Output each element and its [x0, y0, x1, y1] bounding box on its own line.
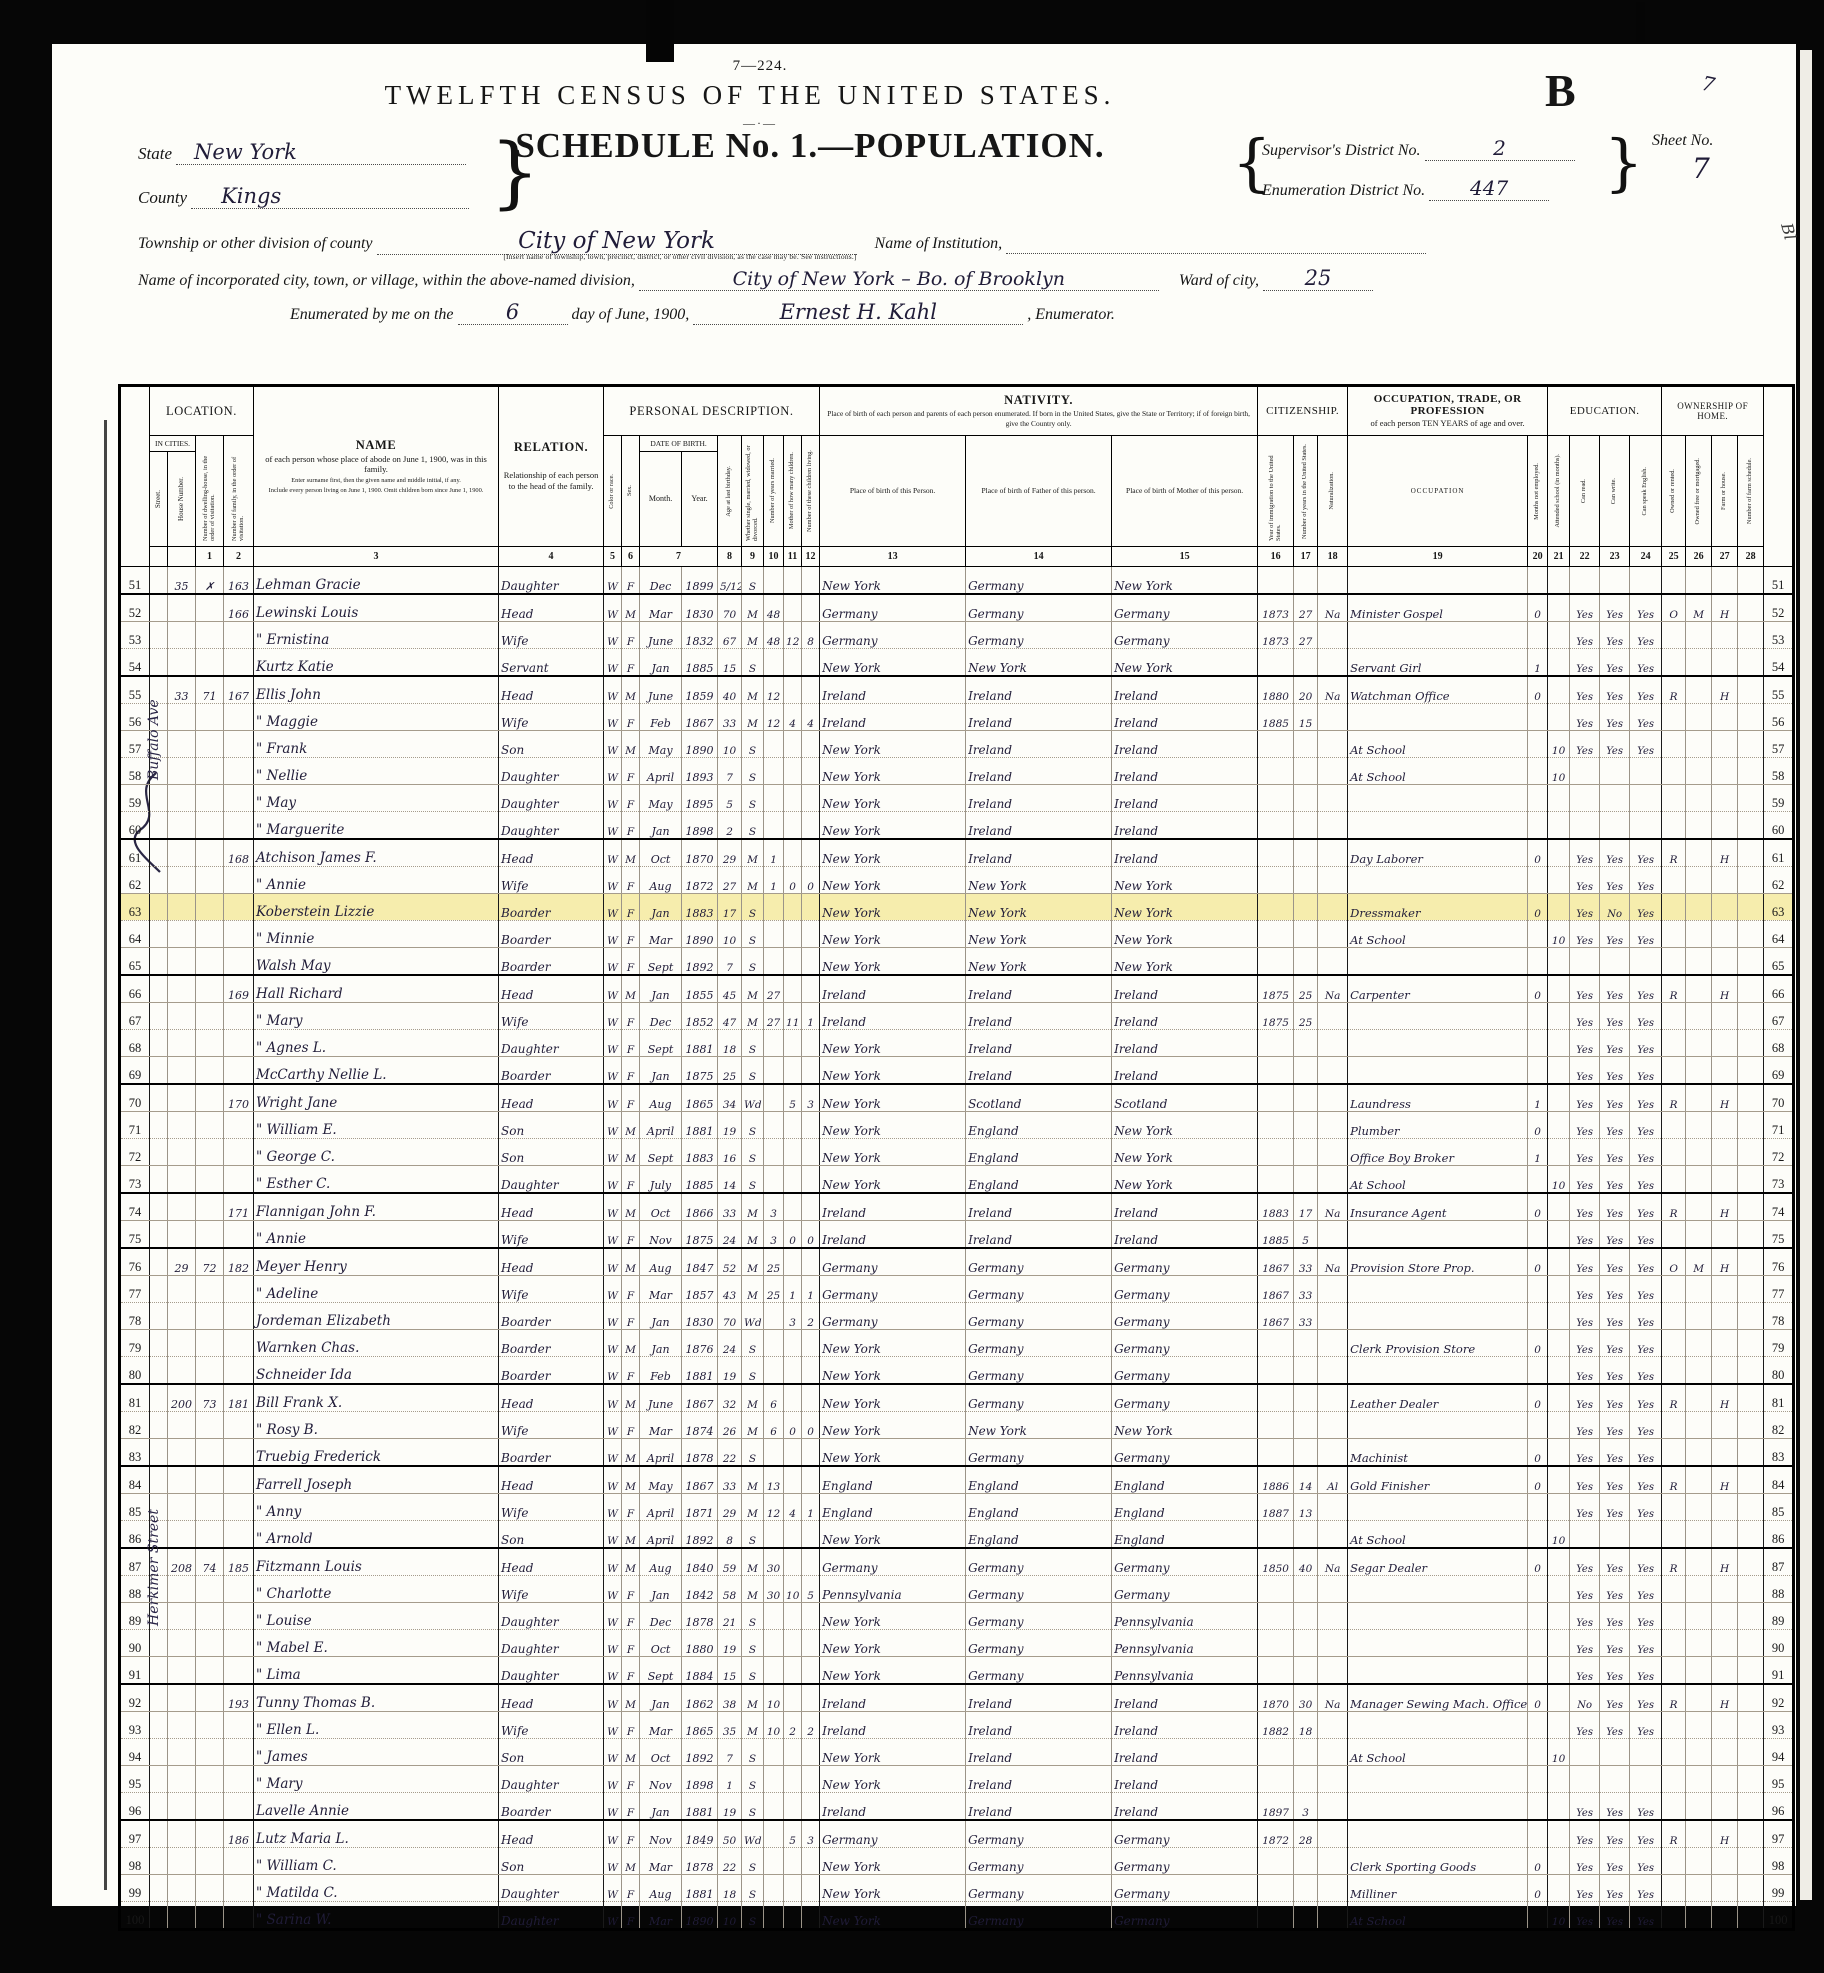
cell-years_in_us: 25: [1294, 975, 1318, 1003]
cell-months_not_employed: [1528, 1902, 1548, 1930]
cell-farm_schedule: [1738, 1412, 1764, 1439]
row-number: 89: [120, 1603, 150, 1630]
cell-farm_schedule: [1738, 1902, 1764, 1930]
cell-house: [168, 1357, 196, 1385]
cell-marital: S: [742, 1766, 764, 1793]
cell-house: [168, 594, 196, 622]
cell-age: 43: [718, 1276, 742, 1303]
cell-years_in_us: 30: [1294, 1684, 1318, 1712]
cell-year: 1830: [682, 1303, 718, 1330]
cell-sex: F: [622, 1712, 640, 1739]
cell-owned_or_rented: [1662, 1875, 1686, 1902]
cell-free_or_mortgaged: [1686, 812, 1712, 840]
row-number: 51: [1764, 567, 1794, 595]
cell-name: Flannigan John F.: [254, 1193, 499, 1221]
cell-yrs_married: [764, 1057, 784, 1085]
row-number: 97: [120, 1820, 150, 1848]
row-number: 94: [120, 1739, 150, 1766]
cell-relation: Wife: [499, 1494, 604, 1521]
cell-can_write: Yes: [1600, 1494, 1630, 1521]
cell-mother_birthplace: Germany: [1112, 1548, 1258, 1576]
cell-mother_birthplace: New York: [1112, 948, 1258, 976]
cell-yrs_married: [764, 1603, 784, 1630]
cell-farm_schedule: [1738, 1166, 1764, 1194]
cell-occupation: Milliner: [1348, 1875, 1528, 1902]
cell-school_months: [1548, 1657, 1570, 1685]
cell-yrs_married: [764, 649, 784, 677]
census-row: 95" MaryDaughterWFNov18981SNew YorkIrela…: [120, 1766, 1794, 1793]
cell-children_living: [802, 1466, 820, 1494]
cell-color: W: [604, 785, 622, 812]
census-row: 93" Ellen L.WifeWFMar186535M1022IrelandI…: [120, 1712, 1794, 1739]
cell-owned_or_rented: [1662, 1057, 1686, 1085]
cell-name: Farrell Joseph: [254, 1466, 499, 1494]
cell-sex: F: [622, 758, 640, 785]
cell-farm_or_house: [1712, 704, 1738, 731]
cell-owned_or_rented: [1662, 948, 1686, 976]
cell-mother_birthplace: Ireland: [1112, 839, 1258, 867]
cell-farm_schedule: [1738, 1576, 1764, 1603]
cell-yrs_married: [764, 1630, 784, 1657]
cell-relation: Daughter: [499, 1902, 604, 1930]
cell-owned_or_rented: [1662, 1439, 1686, 1467]
cell-age: 29: [718, 1494, 742, 1521]
row-number: 92: [120, 1684, 150, 1712]
cell-can_speak_english: Yes: [1630, 1384, 1662, 1412]
cell-children_living: [802, 1875, 820, 1902]
cell-street: [150, 1712, 168, 1739]
cell-farm_or_house: [1712, 1766, 1738, 1793]
cell-farm_or_house: H: [1712, 594, 1738, 622]
cell-months_not_employed: 0: [1528, 1439, 1548, 1467]
cell-family: [224, 1630, 254, 1657]
cell-family: [224, 1030, 254, 1057]
cell-can_speak_english: Yes: [1630, 867, 1662, 894]
census-row: 8720874185Fitzmann LouisHeadWMAug184059M…: [120, 1548, 1794, 1576]
cell-farm_schedule: [1738, 594, 1764, 622]
cell-free_or_mortgaged: [1686, 1412, 1712, 1439]
cell-mother_of: [784, 1630, 802, 1657]
cell-farm_schedule: [1738, 1766, 1764, 1793]
cell-dwelling: [196, 1303, 224, 1330]
cell-relation: Wife: [499, 1003, 604, 1030]
cell-family: [224, 1739, 254, 1766]
row-number: 69: [1764, 1057, 1794, 1085]
cell-months_not_employed: [1528, 1576, 1548, 1603]
house-number-label: House Number.: [178, 477, 186, 521]
cell-occupation: [1348, 1357, 1528, 1385]
cell-months_not_employed: [1528, 1712, 1548, 1739]
cell-children_living: [802, 1657, 820, 1685]
children-living-header: Number of these children living.: [802, 436, 820, 547]
cell-free_or_mortgaged: [1686, 1166, 1712, 1194]
cell-immigration_year: [1258, 758, 1294, 785]
cell-relation: Daughter: [499, 758, 604, 785]
cell-naturalization: [1318, 1330, 1348, 1357]
cell-family: 182: [224, 1248, 254, 1276]
cell-year: 1892: [682, 1521, 718, 1549]
row-number: 93: [120, 1712, 150, 1739]
cell-color: W: [604, 1820, 622, 1848]
cell-can_speak_english: Yes: [1630, 1276, 1662, 1303]
cell-street: [150, 894, 168, 921]
cell-immigration_year: [1258, 1384, 1294, 1412]
cell-house: [168, 1112, 196, 1139]
cell-can_read: Yes: [1570, 1030, 1600, 1057]
cell-father_birthplace: Germany: [966, 1276, 1112, 1303]
cell-can_speak_english: Yes: [1630, 1030, 1662, 1057]
cell-family: [224, 704, 254, 731]
census-row: 56" MaggieWifeWFFeb186733M1244IrelandIre…: [120, 704, 1794, 731]
cell-dwelling: [196, 1166, 224, 1194]
cell-can_write: Yes: [1600, 1793, 1630, 1821]
column-number: 13: [820, 547, 966, 567]
cell-months_not_employed: 0: [1528, 1548, 1548, 1576]
cell-relation: Boarder: [499, 1439, 604, 1467]
cell-free_or_mortgaged: [1686, 975, 1712, 1003]
cell-dwelling: [196, 1057, 224, 1085]
cell-children_living: 2: [802, 1303, 820, 1330]
cell-children_living: [802, 1030, 820, 1057]
occupation-col-header: OCCUPATION: [1348, 436, 1528, 547]
cell-dwelling: [196, 1820, 224, 1848]
row-number: 78: [1764, 1303, 1794, 1330]
cell-yrs_married: [764, 1766, 784, 1793]
cell-farm_schedule: [1738, 1848, 1764, 1875]
column-number: 22: [1570, 547, 1600, 567]
cell-mother_birthplace: Ireland: [1112, 812, 1258, 840]
cell-sex: F: [622, 894, 640, 921]
cell-birthplace: Ireland: [820, 1193, 966, 1221]
cell-marital: S: [742, 785, 764, 812]
cell-mother_birthplace: Pennsylvania: [1112, 1630, 1258, 1657]
cell-can_write: [1600, 1739, 1630, 1766]
cell-street: [150, 1084, 168, 1112]
cell-years_in_us: 33: [1294, 1303, 1318, 1330]
cell-mother_birthplace: Germany: [1112, 594, 1258, 622]
cell-months_not_employed: 0: [1528, 1466, 1548, 1494]
row-number: 95: [120, 1766, 150, 1793]
census-row: 99" Matilda C.DaughterWFAug188118SNew Yo…: [120, 1875, 1794, 1902]
scan-artifact: [1636, 2, 1645, 42]
cell-month: Sept: [640, 1030, 682, 1057]
cell-yrs_married: [764, 1739, 784, 1766]
cell-immigration_year: 1872: [1258, 1820, 1294, 1848]
cell-birthplace: New York: [820, 894, 966, 921]
cell-name: McCarthy Nellie L.: [254, 1057, 499, 1085]
cell-age: 5/12: [718, 567, 742, 595]
cell-month: Mar: [640, 594, 682, 622]
cell-years_in_us: 20: [1294, 676, 1318, 704]
cell-house: [168, 758, 196, 785]
cell-house: [168, 1712, 196, 1739]
cell-dwelling: 73: [196, 1384, 224, 1412]
cell-farm_schedule: [1738, 1875, 1764, 1902]
cell-can_read: Yes: [1570, 1548, 1600, 1576]
cell-owned_or_rented: [1662, 649, 1686, 677]
cell-farm_schedule: [1738, 1003, 1764, 1030]
cell-immigration_year: 1880: [1258, 676, 1294, 704]
cell-owned_or_rented: R: [1662, 1684, 1686, 1712]
can-speak-english-label: Can speak English.: [1642, 467, 1649, 515]
cell-months_not_employed: [1528, 1820, 1548, 1848]
cell-farm_schedule: [1738, 921, 1764, 948]
row-number: 91: [1764, 1657, 1794, 1685]
cell-mother_birthplace: Germany: [1112, 1848, 1258, 1875]
county-value: Kings: [191, 184, 281, 208]
cell-father_birthplace: England: [966, 1494, 1112, 1521]
cell-free_or_mortgaged: [1686, 567, 1712, 595]
cell-school_months: 10: [1548, 758, 1570, 785]
cell-mother_of: [784, 894, 802, 921]
cell-birthplace: Ireland: [820, 1684, 966, 1712]
cell-dwelling: [196, 812, 224, 840]
cell-occupation: [1348, 704, 1528, 731]
cell-can_write: Yes: [1600, 1576, 1630, 1603]
cell-age: 45: [718, 975, 742, 1003]
cell-can_read: Yes: [1570, 1166, 1600, 1194]
cell-naturalization: [1318, 1412, 1348, 1439]
cell-occupation: At School: [1348, 731, 1528, 758]
cell-name: " Lima: [254, 1657, 499, 1685]
cell-naturalization: [1318, 1576, 1348, 1603]
cell-family: [224, 1494, 254, 1521]
year-header: Year.: [682, 452, 718, 547]
cell-years_in_us: [1294, 921, 1318, 948]
cell-occupation: [1348, 1766, 1528, 1793]
cell-year: 1898: [682, 812, 718, 840]
cell-name: " Anny: [254, 1494, 499, 1521]
cell-color: W: [604, 1576, 622, 1603]
cell-month: June: [640, 676, 682, 704]
cell-immigration_year: 1875: [1258, 1003, 1294, 1030]
cell-color: W: [604, 1166, 622, 1194]
cell-can_write: Yes: [1600, 867, 1630, 894]
cell-naturalization: [1318, 567, 1348, 595]
cell-free_or_mortgaged: [1686, 1848, 1712, 1875]
cell-marital: M: [742, 1548, 764, 1576]
cell-can_read: Yes: [1570, 1112, 1600, 1139]
cell-relation: Head: [499, 839, 604, 867]
cell-farm_or_house: [1712, 1712, 1738, 1739]
cell-month: Mar: [640, 1276, 682, 1303]
months-not-employed-label: Months not employed.: [1534, 463, 1541, 520]
row-number: 51: [120, 567, 150, 595]
color-header: Color or race.: [604, 436, 622, 547]
cell-can_write: Yes: [1600, 1848, 1630, 1875]
cell-months_not_employed: [1528, 758, 1548, 785]
cell-months_not_employed: [1528, 1630, 1548, 1657]
cell-free_or_mortgaged: [1686, 758, 1712, 785]
row-number: 63: [1764, 894, 1794, 921]
cell-mother_of: [784, 649, 802, 677]
name-desc: of each person whose place of abode on J…: [255, 453, 497, 476]
can-write-label: Can write.: [1611, 478, 1618, 504]
cell-naturalization: [1318, 1030, 1348, 1057]
cell-street: [150, 1193, 168, 1221]
cell-owned_or_rented: [1662, 1003, 1686, 1030]
cell-house: [168, 1902, 196, 1930]
cell-occupation: [1348, 948, 1528, 976]
cell-naturalization: [1318, 1657, 1348, 1685]
cell-name: " James: [254, 1739, 499, 1766]
supervisor-row: Supervisor's District No. 2: [1262, 136, 1575, 161]
cell-year: 1878: [682, 1603, 718, 1630]
row-number: 98: [120, 1848, 150, 1875]
cell-immigration_year: [1258, 1084, 1294, 1112]
cell-free_or_mortgaged: [1686, 1684, 1712, 1712]
cell-year: 1830: [682, 594, 718, 622]
cell-farm_schedule: [1738, 812, 1764, 840]
cell-birthplace: New York: [820, 1875, 966, 1902]
cell-marital: M: [742, 622, 764, 649]
supervisor-label: Supervisor's District No.: [1262, 142, 1421, 159]
cell-street: [150, 1684, 168, 1712]
cell-children_living: [802, 1521, 820, 1549]
cell-age: 15: [718, 649, 742, 677]
cell-relation: Daughter: [499, 1766, 604, 1793]
cell-owned_or_rented: [1662, 1576, 1686, 1603]
cell-free_or_mortgaged: [1686, 948, 1712, 976]
cell-color: W: [604, 1193, 622, 1221]
cell-owned_or_rented: R: [1662, 839, 1686, 867]
owned-rented-label: Owned or rented.: [1670, 469, 1677, 513]
cell-school_months: [1548, 1030, 1570, 1057]
cell-school_months: [1548, 839, 1570, 867]
cell-month: Mar: [640, 1412, 682, 1439]
cell-relation: Boarder: [499, 1303, 604, 1330]
cell-relation: Boarder: [499, 1357, 604, 1385]
cell-age: 27: [718, 867, 742, 894]
census-row: 85" AnnyWifeWFApril187129M1241EnglandEng…: [120, 1494, 1794, 1521]
state-label: State: [138, 144, 172, 163]
cell-house: [168, 731, 196, 758]
cell-years_in_us: 27: [1294, 622, 1318, 649]
cell-family: [224, 1139, 254, 1166]
cell-father_birthplace: Germany: [966, 1657, 1112, 1685]
cell-father_birthplace: England: [966, 1112, 1112, 1139]
cell-can_read: Yes: [1570, 1494, 1600, 1521]
cell-house: [168, 1139, 196, 1166]
cell-mother_birthplace: Ireland: [1112, 1193, 1258, 1221]
cell-mother_birthplace: Ireland: [1112, 1030, 1258, 1057]
cell-can_read: Yes: [1570, 867, 1600, 894]
cell-occupation: Laundress: [1348, 1084, 1528, 1112]
cell-name: Fitzmann Louis: [254, 1548, 499, 1576]
cell-farm_schedule: [1738, 758, 1764, 785]
cell-birthplace: Ireland: [820, 1793, 966, 1821]
cell-naturalization: [1318, 839, 1348, 867]
cell-month: Mar: [640, 921, 682, 948]
cell-school_months: [1548, 1793, 1570, 1821]
cell-age: 19: [718, 1793, 742, 1821]
can-speak-english-header: Can speak English.: [1630, 436, 1662, 547]
cell-immigration_year: [1258, 1166, 1294, 1194]
cell-can_read: Yes: [1570, 649, 1600, 677]
cell-school_months: [1548, 649, 1570, 677]
name-note1: Enter surname first, then the given name…: [255, 476, 497, 486]
cell-relation: Wife: [499, 622, 604, 649]
cell-farm_schedule: [1738, 1112, 1764, 1139]
cell-school_months: [1548, 1684, 1570, 1712]
cell-marital: S: [742, 1902, 764, 1930]
cell-color: W: [604, 1439, 622, 1467]
cell-occupation: At School: [1348, 921, 1528, 948]
cell-marital: M: [742, 1494, 764, 1521]
cell-color: W: [604, 1330, 622, 1357]
cell-occupation: Segar Dealer: [1348, 1548, 1528, 1576]
cell-yrs_married: [764, 1439, 784, 1467]
cell-can_speak_english: Yes: [1630, 1084, 1662, 1112]
cell-year: 1874: [682, 1412, 718, 1439]
cell-house: [168, 1412, 196, 1439]
cell-can_speak_english: Yes: [1630, 704, 1662, 731]
cell-owned_or_rented: R: [1662, 1084, 1686, 1112]
cell-yrs_married: [764, 731, 784, 758]
cell-can_read: Yes: [1570, 1193, 1600, 1221]
cell-farm_schedule: [1738, 1820, 1764, 1848]
census-row: 63Koberstein LizzieBoarderWFJan188317SNe…: [120, 894, 1794, 921]
row-number: 53: [120, 622, 150, 649]
cell-farm_or_house: [1712, 1003, 1738, 1030]
cell-name: Lavelle Annie: [254, 1793, 499, 1821]
naturalization-header: Naturalization.: [1318, 436, 1348, 547]
cell-yrs_married: [764, 812, 784, 840]
cell-farm_schedule: [1738, 1357, 1764, 1385]
cell-owned_or_rented: R: [1662, 1466, 1686, 1494]
cell-name: " Frank: [254, 731, 499, 758]
cell-sex: M: [622, 1684, 640, 1712]
cell-can_speak_english: Yes: [1630, 894, 1662, 921]
cell-age: 14: [718, 1166, 742, 1194]
cell-mother_of: 5: [784, 1820, 802, 1848]
cell-owned_or_rented: [1662, 1521, 1686, 1549]
cell-age: 1: [718, 1766, 742, 1793]
cell-year: 1867: [682, 1466, 718, 1494]
cell-free_or_mortgaged: [1686, 1139, 1712, 1166]
cell-farm_schedule: [1738, 839, 1764, 867]
cell-color: W: [604, 1902, 622, 1930]
cell-months_not_employed: [1528, 1739, 1548, 1766]
cell-can_read: No: [1570, 1684, 1600, 1712]
cell-can_write: Yes: [1600, 1466, 1630, 1494]
cell-occupation: [1348, 1793, 1528, 1821]
brace-left-block: }: [490, 128, 540, 218]
cell-farm_or_house: H: [1712, 839, 1738, 867]
row-number: 100: [1764, 1902, 1794, 1930]
cell-years_in_us: 13: [1294, 1494, 1318, 1521]
cell-street: [150, 921, 168, 948]
cell-children_living: 0: [802, 1221, 820, 1249]
cell-father_birthplace: Ireland: [966, 975, 1112, 1003]
cell-immigration_year: [1258, 785, 1294, 812]
cell-year: 1870: [682, 839, 718, 867]
cell-birthplace: Germany: [820, 1276, 966, 1303]
column-numbers-row: 1234567891011121314151617181920212223242…: [120, 547, 1794, 567]
cell-months_not_employed: 1: [1528, 649, 1548, 677]
cell-color: W: [604, 676, 622, 704]
cell-farm_or_house: [1712, 1576, 1738, 1603]
cell-yrs_married: 6: [764, 1412, 784, 1439]
row-number: 94: [1764, 1739, 1794, 1766]
cell-name: Hall Richard: [254, 975, 499, 1003]
column-number: [168, 547, 196, 567]
sex-header: Sex.: [622, 436, 640, 547]
cell-month: Aug: [640, 1548, 682, 1576]
cell-owned_or_rented: [1662, 1221, 1686, 1249]
cell-can_write: Yes: [1600, 1357, 1630, 1385]
column-number: 1: [196, 547, 224, 567]
